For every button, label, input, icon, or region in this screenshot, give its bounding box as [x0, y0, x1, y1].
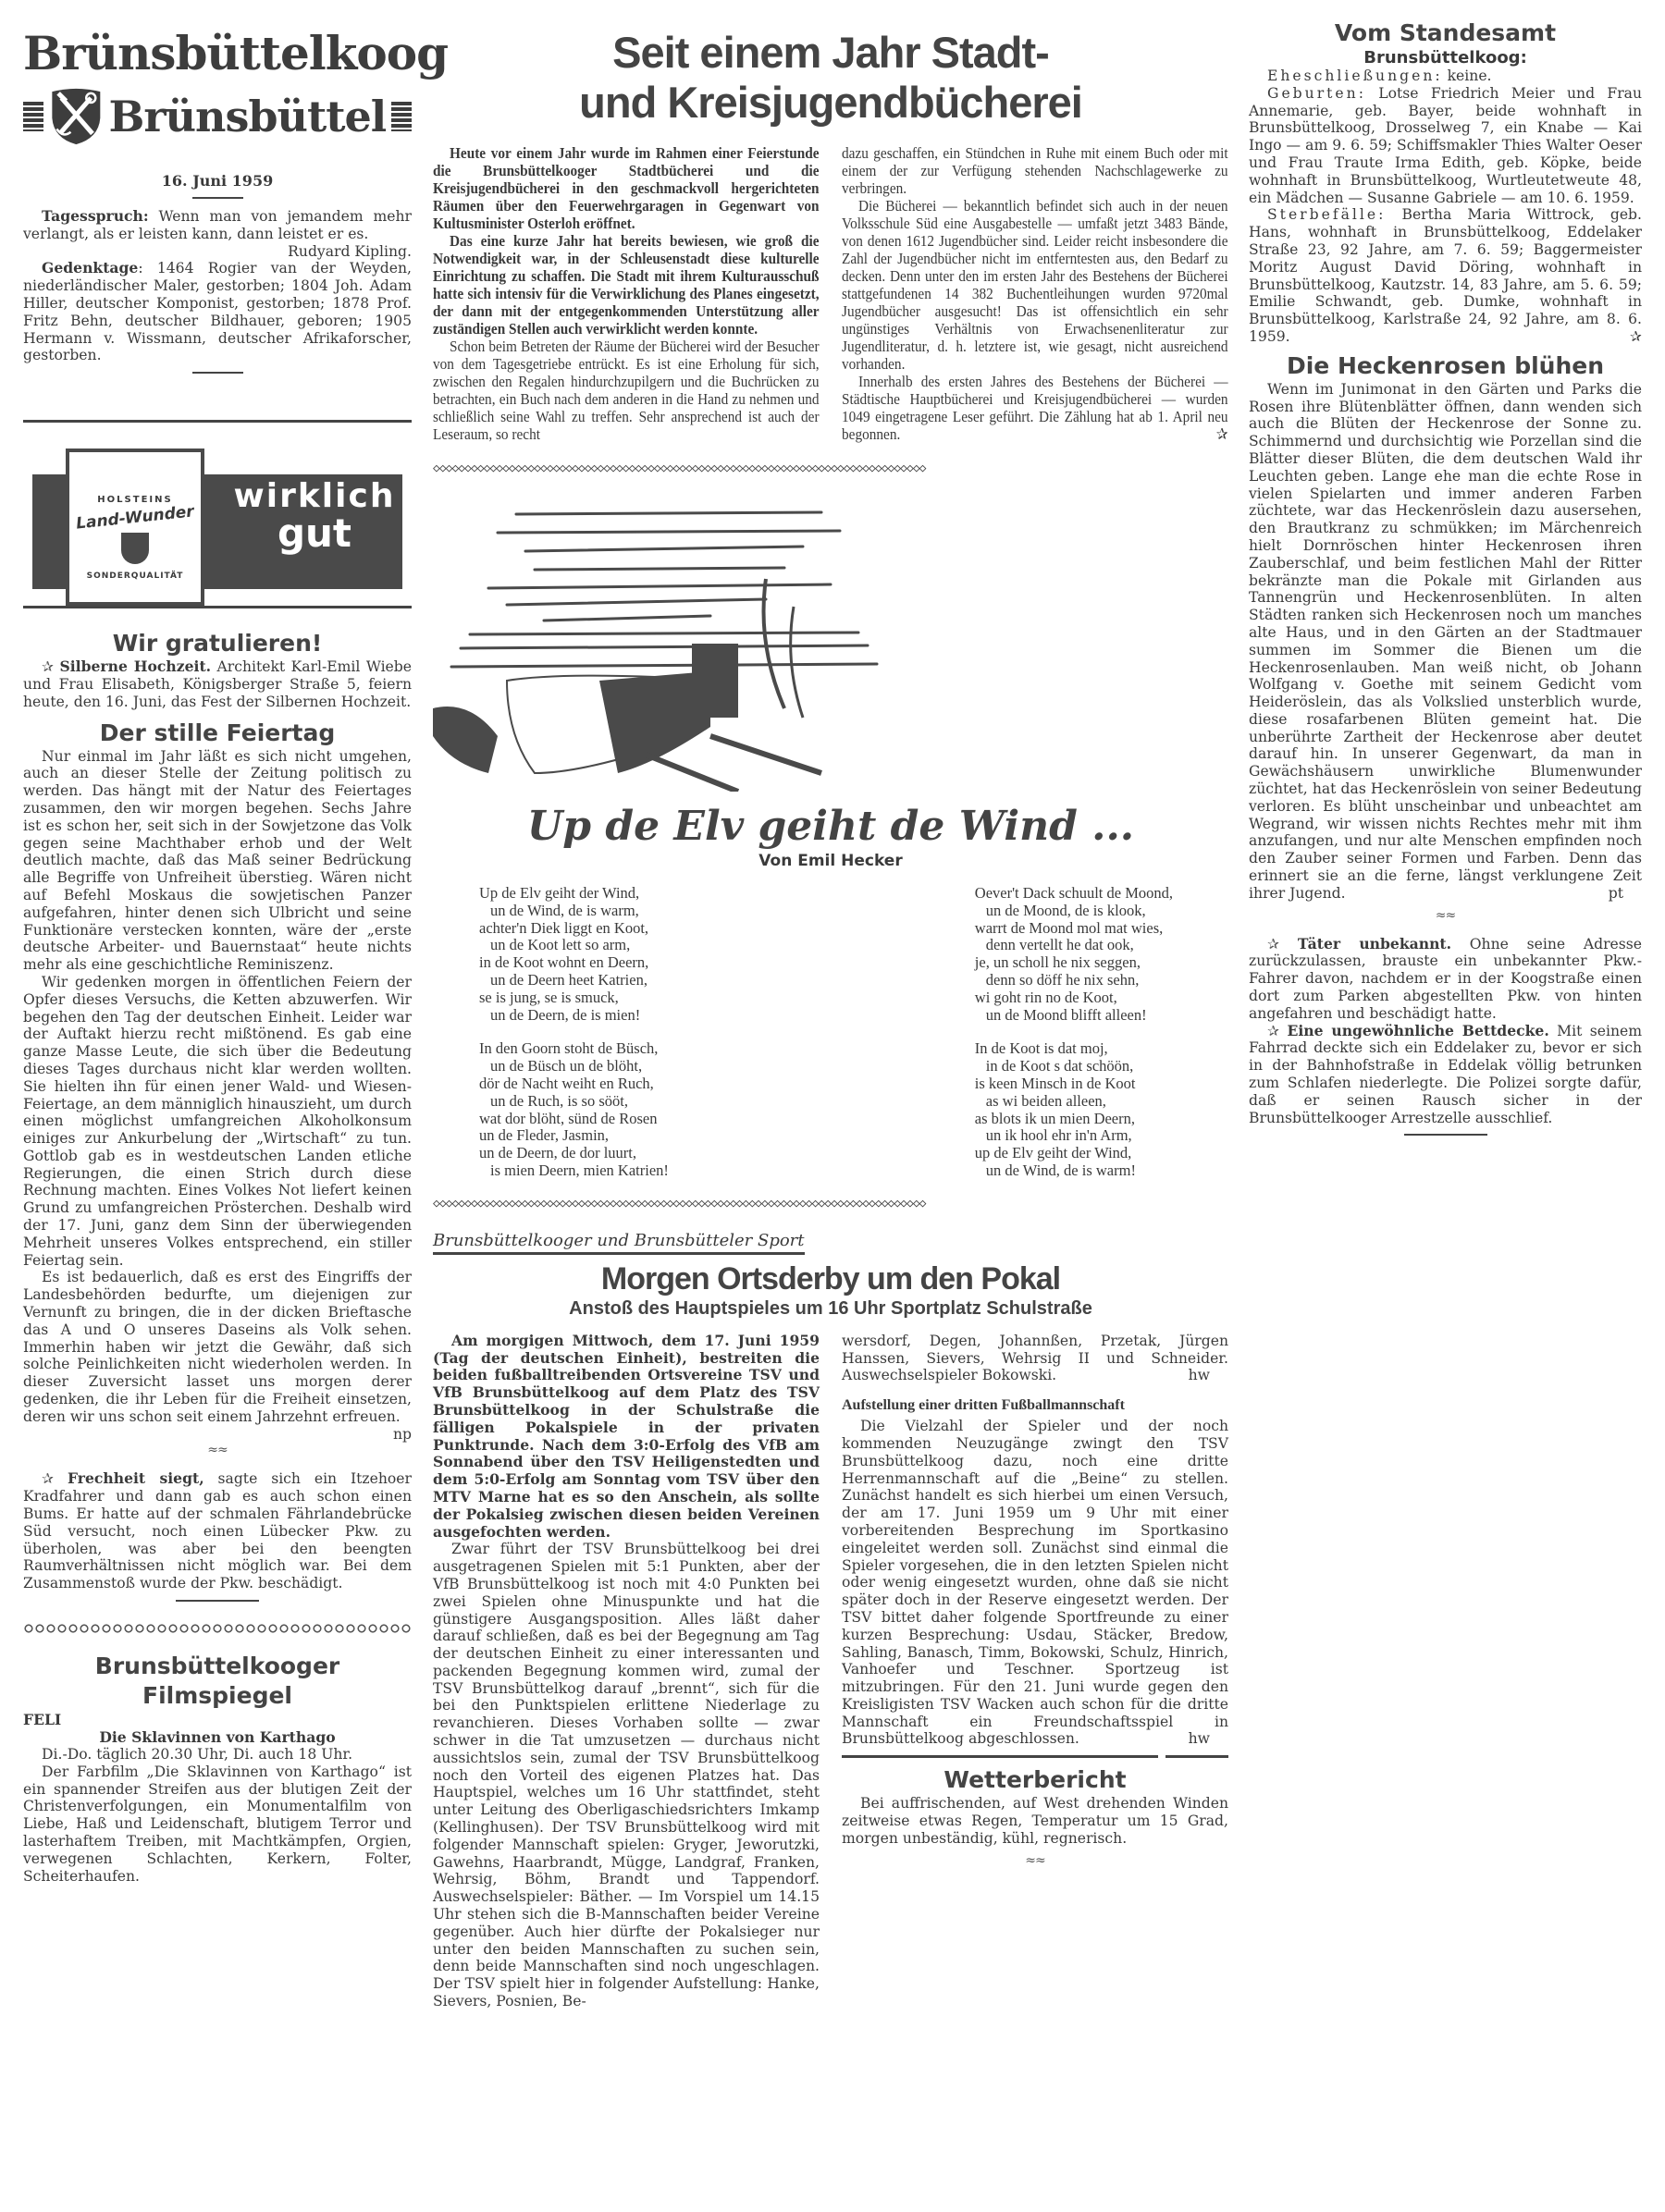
poem-column-right: Oever't Dack schuult de Moond, un de Moo… — [975, 885, 1173, 1197]
library-headline-1: Seit einem Jahr Stadt- — [433, 28, 1228, 78]
taeter-lead: Täter unbekannt. — [1298, 935, 1451, 952]
divider — [192, 372, 243, 374]
poem-line: is keen Minsch in de Koot — [975, 1075, 1173, 1093]
middle-column: Seit einem Jahr Stadt- und Kreisjugendbü… — [433, 0, 1228, 2010]
ad-slogan: wirklich gut — [227, 478, 402, 552]
poem-line: denn so döff he nix sehn, — [975, 972, 1173, 989]
ad-slogan-line2: gut — [227, 515, 402, 552]
deaths-text: Bertha Maria Wittrock, geb. Hans, wohnha… — [1249, 206, 1642, 345]
sport-headline: Morgen Ortsderby um den Pokal — [433, 1260, 1228, 1297]
library-article: Heute vor einem Jahr wurde im Rahmen ein… — [433, 144, 1228, 443]
movie-times: Di.-Do. täglich 20.30 Uhr, Di. auch 18 U… — [23, 1746, 412, 1763]
poem-line: un de Deern, de dor luurt, — [479, 1145, 669, 1162]
taeter-item: ✰ Täter unbekannt. Ohne seine Adresse zu… — [1249, 936, 1642, 1023]
ad-brand: Land-Wunder — [68, 502, 201, 535]
third-team-text: Die Vielzahl der Spieler und der noch ko… — [842, 1418, 1228, 1747]
sport-text: wersdorf, Degen, Johannßen, Przetak, Jür… — [842, 1333, 1228, 1384]
ribbon-right-icon — [391, 102, 412, 131]
diamond-divider: ◇◇◇◇◇◇◇◇◇◇◇◇◇◇◇◇◇◇◇◇◇◇◇◇◇◇◇◇◇◇◇◇◇◇◇◇◇◇◇◇… — [433, 1197, 1228, 1210]
sport-lead: Am morgigen Mittwoch, dem 17. Juni 1959 … — [433, 1333, 820, 1542]
third-team-paragraph: Die Vielzahl der Spieler und der noch ko… — [842, 1418, 1228, 1748]
tagesspruch-author: Rudyard Kipling. — [269, 243, 412, 261]
masthead: Brünsbüttelkoog Brünsbüttel 16. Juni 195… — [23, 0, 412, 199]
poem-line: dör de Nacht weiht en Ruch, — [479, 1075, 669, 1093]
poem-line: denn vertellt he dat ook, — [975, 937, 1173, 954]
births-text: Lotse Friedrich Meier und Frau Annemarie… — [1249, 85, 1642, 206]
sport-section-kicker: Brunsbüttelkooger und Brunsbütteler Spor… — [433, 1231, 805, 1255]
product-package: HOLSTEINS Land-Wunder SONDERQUALITÄT — [66, 449, 204, 606]
bettdecke-item: ✰ Eine ungewöhnliche Bettdecke. Mit sein… — [1249, 1023, 1642, 1127]
feiertag-paragraph: Nur einmal im Jahr läßt es sich nicht um… — [23, 748, 412, 974]
wave-divider-icon: ≈≈ — [23, 1443, 412, 1457]
divider — [1404, 1134, 1487, 1136]
ad-slogan-line1: wirklich — [227, 478, 402, 515]
landscape-illustration — [433, 496, 895, 792]
sport-paragraph: wersdorf, Degen, Johannßen, Przetak, Jür… — [842, 1333, 1228, 1384]
star-icon: ✰ — [42, 1470, 54, 1487]
gedenktage-label: Gedenktage — [42, 259, 138, 276]
braid-divider — [23, 1624, 412, 1633]
issue-date: 16. Juni 1959 — [23, 172, 412, 190]
deaths-label: Sterbefälle: — [1267, 206, 1386, 223]
poem-line: Up de Elv geiht der Wind, — [479, 885, 669, 903]
poem-line: un de Deern heet Katrien, — [479, 972, 669, 989]
star-icon: ✰ — [1267, 1023, 1279, 1039]
divider — [192, 197, 243, 199]
poem-line: un de Koot lett so arm, — [479, 937, 669, 954]
signature: np — [375, 1426, 412, 1444]
sport-subheadline: Anstoß des Hauptspieles um 16 Uhr Sportp… — [433, 1297, 1228, 1320]
masthead-title-line2: Brünsbüttel — [108, 92, 386, 141]
frechheit-text: sagte sich ein Itzehoer Kradfahrer und d… — [23, 1470, 412, 1591]
ad-brand-bottom: SONDERQUALITÄT — [69, 571, 201, 581]
section-title-film: Brunsbüttelkooger Filmspiegel — [23, 1652, 412, 1711]
poem-line: un de Moond blifft alleen! — [975, 1007, 1173, 1025]
cinema-name: FELI — [23, 1711, 412, 1728]
end-star-icon: ✰ — [1200, 425, 1228, 443]
tagesspruch-label: Tagesspruch: — [42, 207, 149, 225]
poem-line: un de Büsch un de blöht, — [479, 1058, 669, 1075]
weather-text: Bei auffrischenden, auf West drehenden W… — [842, 1795, 1228, 1847]
library-paragraph: dazu geschaffen, ein Stündchen in Ruhe m… — [842, 144, 1228, 197]
sport-paragraph: Zwar führt der TSV Brunsbüttelkoog bei d… — [433, 1541, 820, 2010]
poem-line: un de Fleder, Jasmin, — [479, 1127, 669, 1145]
poem-body: Up de Elv geiht der Wind, un de Wind, de… — [433, 885, 1228, 1197]
births: Geburten: Lotse Friedrich Meier und Frau… — [1249, 85, 1642, 207]
poem-title: Up de Elv geiht de Wind ... — [433, 803, 1228, 850]
library-text: Innerhalb des ersten Jahres des Bestehen… — [842, 373, 1228, 443]
heckenrosen-text: Wenn im Junimonat in den Gärten und Park… — [1249, 381, 1642, 903]
poem-line: wat dor blöht, sünd de Rosen — [479, 1111, 669, 1128]
bettdecke-lead: Eine ungewöhnliche Bettdecke. — [1287, 1022, 1548, 1039]
divider — [176, 1600, 259, 1602]
poem-line: Oever't Dack schuult de Moond, — [975, 885, 1173, 903]
births-label: Geburten: — [1267, 85, 1366, 102]
heckenrosen-body: Wenn im Junimonat in den Gärten und Park… — [1249, 381, 1642, 902]
frechheit-item: ✰ Frechheit siegt, sagte sich ein Itzeho… — [23, 1470, 412, 1592]
masthead-title-line1: Brünsbüttelkoog — [23, 28, 412, 80]
poem-line: warrt de Moond mol mat wies, — [975, 920, 1173, 938]
poem-line: In de Koot is dat moj, — [975, 1040, 1173, 1058]
section-title-feiertag: Der stille Feiertag — [23, 719, 412, 748]
ribbon-left-icon — [23, 102, 43, 131]
marriages-text: keine. — [1443, 68, 1492, 84]
feiertag-text: Es ist bedauerlich, daß es erst des Eing… — [23, 1269, 412, 1424]
frechheit-lead: Frechheit siegt, — [68, 1469, 204, 1487]
poem-line: un de Ruch, is so sööt, — [479, 1093, 669, 1111]
movie-description: Der Farbfilm „Die Sklavinnen von Karthag… — [23, 1763, 412, 1886]
library-headline-2: und Kreisjugendbücherei — [433, 78, 1228, 128]
poem-line: in de Koot wohnt en Deern, — [479, 954, 669, 972]
star-icon: ✰ — [42, 658, 54, 675]
poem-line: achter'n Diek liggt en Koot, — [479, 920, 669, 938]
poem-line: un de Wind, de is warm, — [479, 903, 669, 920]
library-paragraph: Schon beim Betreten der Räume der Bücher… — [433, 338, 820, 443]
poem-line: In den Goorn stoht de Büsch, — [479, 1040, 669, 1058]
marriages-label: Eheschließungen: — [1267, 68, 1443, 84]
signature: hw — [1170, 1730, 1228, 1748]
gratulation-item: ✰ Silberne Hochzeit. Architekt Karl-Emil… — [23, 658, 412, 710]
poem-line: je, un scholl he nix seggen, — [975, 954, 1173, 972]
gedenktage: Gedenktage: 1464 Rogier van der Weyden, … — [23, 260, 412, 364]
coat-of-arms-icon — [49, 81, 104, 152]
feiertag-paragraph: Es ist bedauerlich, daß es erst des Eing… — [23, 1269, 412, 1425]
wave-divider-icon: ≈≈ — [842, 1853, 1228, 1868]
diamond-divider: ◇◇◇◇◇◇◇◇◇◇◇◇◇◇◇◇◇◇◇◇◇◇◇◇◇◇◇◇◇◇◇◇◇◇◇◇◇◇◇◇… — [433, 461, 1228, 475]
poem-stanza: In den Goorn stoht de Büsch, un de Büsch… — [479, 1040, 669, 1179]
poem-line: up de Elv geiht der Wind, — [975, 1145, 1173, 1162]
right-column: Vom Standesamt Brunsbüttelkoog: Eheschli… — [1249, 0, 1642, 1143]
standesamt-place: Brunsbüttelkoog: — [1249, 48, 1642, 68]
poem-line: un de Moond, de is klook, — [975, 903, 1173, 920]
poem-line: wi goht rin no de Koot, — [975, 989, 1173, 1007]
weather-title: Wetterbericht — [842, 1765, 1228, 1795]
library-paragraph: Die Bücherei — bekanntlich befindet sich… — [842, 197, 1228, 373]
feiertag-paragraph: Wir gedenken morgen in öffentlichen Feie… — [23, 974, 412, 1270]
poem-stanza: Oever't Dack schuult de Moond, un de Moo… — [975, 885, 1173, 1024]
sport-article: Am morgigen Mittwoch, dem 17. Juni 1959 … — [433, 1333, 1228, 2010]
poem-line: un de Deern, de is mien! — [479, 1007, 669, 1025]
poem-line: se is jung, se is smuck, — [479, 989, 669, 1007]
poem-line: is mien Deern, mien Katrien! — [479, 1162, 669, 1180]
tagesspruch: Tagesspruch: Wenn man von jemandem mehr … — [23, 208, 412, 243]
poem-stanza: Up de Elv geiht der Wind, un de Wind, de… — [479, 885, 669, 1024]
poem-line: as wi beiden alleen, — [975, 1093, 1173, 1111]
standesamt-title: Vom Standesamt — [1249, 18, 1642, 48]
marriages: Eheschließungen: keine. — [1249, 68, 1642, 85]
wave-divider-icon: ≈≈ — [1249, 908, 1642, 923]
section-title-gratulation: Wir gratulieren! — [23, 629, 412, 658]
poem-column-left: Up de Elv geiht der Wind, un de Wind, de… — [479, 885, 669, 1197]
poem-line: un ik hool ehr in'n Arm, — [975, 1127, 1173, 1145]
poem-line: in de Koot s dat schöön, — [975, 1058, 1173, 1075]
library-paragraph: Innerhalb des ersten Jahres des Bestehen… — [842, 373, 1228, 443]
movie-title: Die Sklavinnen von Karthago — [23, 1728, 412, 1746]
poem-author: Von Emil Hecker — [433, 852, 1228, 870]
left-column: Brünsbüttelkoog Brünsbüttel 16. Juni 195… — [23, 0, 412, 1885]
deaths: Sterbefälle: Bertha Maria Wittrock, geb.… — [1249, 206, 1642, 345]
advertisement: HOLSTEINS Land-Wunder SONDERQUALITÄT wir… — [23, 420, 412, 608]
signature: hw — [1189, 1367, 1228, 1384]
library-lead-paragraph: Heute vor einem Jahr wurde im Rahmen ein… — [433, 144, 820, 232]
star-icon: ✰ — [1267, 936, 1279, 952]
signature: pt — [1590, 885, 1642, 903]
poem-line: un de Wind, de is warm! — [975, 1162, 1173, 1180]
divider — [842, 1755, 1228, 1758]
library-lead-paragraph: Das eine kurze Jahr hat bereits bewiesen… — [433, 232, 820, 338]
end-star-icon: ✰ — [1611, 328, 1642, 346]
crest-icon — [121, 533, 149, 564]
third-team-subhead: Aufstellung einer dritten Fußballmannsch… — [842, 1397, 1228, 1414]
heckenrosen-title: Die Heckenrosen blühen — [1249, 351, 1642, 381]
poem-line: as blots ik un mien Deern, — [975, 1111, 1173, 1128]
gratulation-lead: Silberne Hochzeit. — [60, 657, 212, 675]
poem-stanza: In de Koot is dat moj, in de Koot s dat … — [975, 1040, 1173, 1179]
